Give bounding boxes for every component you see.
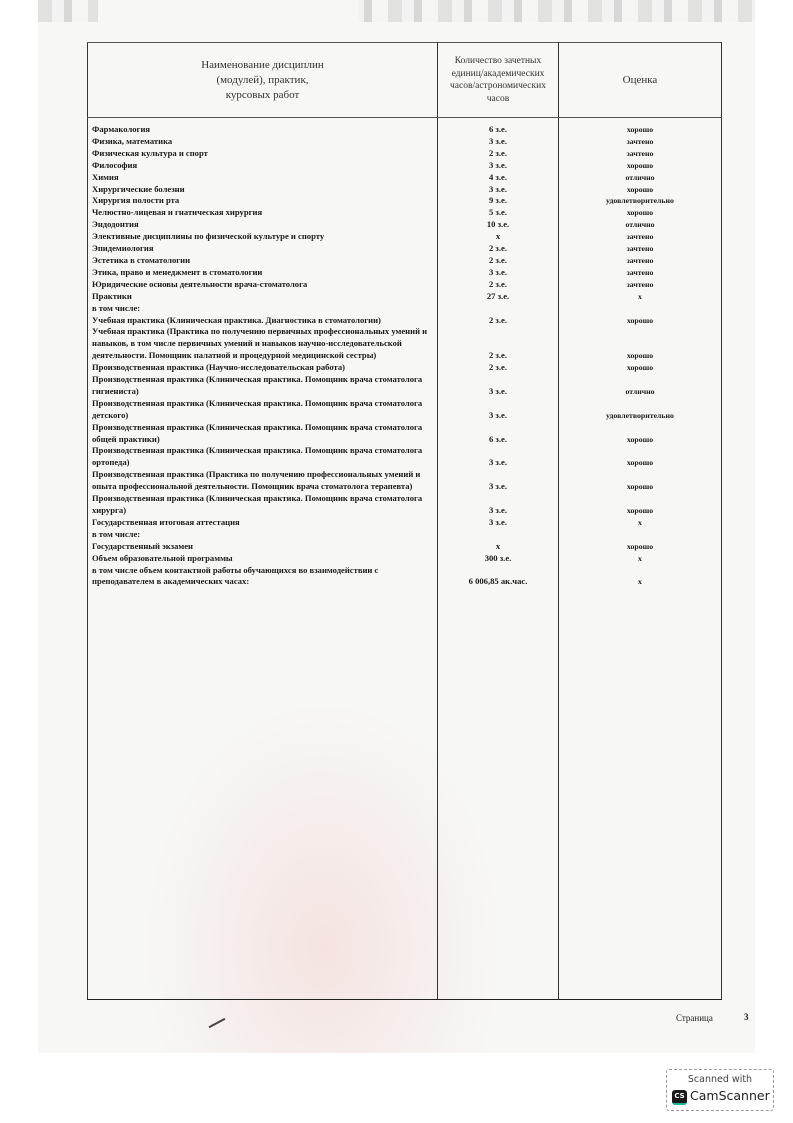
table-row: Производственная практика (Клиническая п… (88, 398, 722, 422)
discipline-name: Философия (88, 160, 438, 172)
credits-cell: 3 з.е. (438, 493, 559, 517)
table-row: Производственная практика (Клиническая п… (88, 374, 722, 398)
table-row: Хирургия полости рта9 з.е.удовлетворител… (88, 195, 722, 207)
table-row: Этика, право и менеджмент в стоматологии… (88, 267, 722, 279)
discipline-name: Практики (88, 291, 438, 303)
credits-cell: 6 з.е. (438, 124, 559, 136)
table-row: Практики27 з.е.x (88, 291, 722, 303)
grade-cell: отлично (559, 374, 722, 398)
discipline-name: Эндодонтия (88, 219, 438, 231)
credits-cell: 10 з.е. (438, 219, 559, 231)
grade-cell: x (559, 291, 722, 303)
discipline-name: Этика, право и менеджмент в стоматологии (88, 267, 438, 279)
credits-cell: 3 з.е. (438, 374, 559, 398)
header-discipline: Наименование дисциплин (модулей), практи… (88, 43, 438, 118)
discipline-name: Хирургия полости рта (88, 195, 438, 207)
credits-cell: 2 з.е. (438, 243, 559, 255)
credits-cell: 3 з.е. (438, 517, 559, 529)
discipline-name: Производственная практика (Практика по п… (88, 469, 438, 493)
camscanner-logo-icon: CS (672, 1090, 687, 1105)
table-row: Учебная практика (Клиническая практика. … (88, 315, 722, 327)
page-number: 3 (744, 1012, 749, 1022)
discipline-name: Производственная практика (Клиническая п… (88, 445, 438, 469)
table-row: Элективные дисциплины по физической куль… (88, 231, 722, 243)
grade-cell: зачтено (559, 148, 722, 160)
table-row: Государственный экзаменxхорошо (88, 541, 722, 553)
grade-cell: зачтено (559, 267, 722, 279)
credits-cell: 9 з.е. (438, 195, 559, 207)
discipline-name: Физика, математика (88, 136, 438, 148)
credits-cell: x (438, 541, 559, 553)
discipline-name: в том числе объем контактной работы обуч… (88, 565, 438, 589)
table-row: в том числе: (88, 529, 722, 541)
grade-cell: хорошо (559, 184, 722, 196)
table-row: Производственная практика (Клиническая п… (88, 493, 722, 517)
table-row: Объем образовательной программы300 з.е.x (88, 553, 722, 565)
credits-cell: 4 з.е. (438, 172, 559, 184)
grade-cell: зачтено (559, 255, 722, 267)
grade-cell: хорошо (559, 160, 722, 172)
credits-cell: 2 з.е. (438, 315, 559, 327)
grade-cell (559, 529, 722, 541)
table-row: Физика, математика3 з.е.зачтено (88, 136, 722, 148)
header-grade: Оценка (559, 43, 722, 118)
table-row: Производственная практика (Клиническая п… (88, 422, 722, 446)
watermark-brand: CamScanner (690, 1088, 770, 1103)
credits-cell: 27 з.е. (438, 291, 559, 303)
discipline-name: Элективные дисциплины по физической куль… (88, 231, 438, 243)
discipline-name: Производственная практика (Научно-исслед… (88, 362, 438, 374)
table-row: в том числе объем контактной работы обуч… (88, 565, 722, 589)
grade-cell: хорошо (559, 326, 722, 362)
watermark-caption: Scanned with (667, 1074, 773, 1085)
table-row: Производственная практика (Практика по п… (88, 469, 722, 493)
credits-cell: 3 з.е. (438, 398, 559, 422)
empty-cell (88, 588, 438, 1000)
grade-cell: хорошо (559, 469, 722, 493)
grades-table: Наименование дисциплин (модулей), практи… (87, 42, 722, 1000)
grade-cell: удовлетворительно (559, 398, 722, 422)
grade-cell: хорошо (559, 315, 722, 327)
grade-cell: отлично (559, 219, 722, 231)
discipline-name: Челюстно-лицевая и гнатическая хирургия (88, 207, 438, 219)
page-label: Страница (676, 1013, 713, 1023)
border-gap (98, 0, 358, 22)
table-header-row: Наименование дисциплин (модулей), практи… (88, 43, 722, 118)
grade-cell: хорошо (559, 445, 722, 469)
discipline-name: Хирургические болезни (88, 184, 438, 196)
table-row: Производственная практика (Научно-исслед… (88, 362, 722, 374)
discipline-name: Государственная итоговая аттестация (88, 517, 438, 529)
table-row: Физическая культура и спорт2 з.е.зачтено (88, 148, 722, 160)
grade-cell: x (559, 517, 722, 529)
credits-cell: 3 з.е. (438, 267, 559, 279)
grade-cell: удовлетворительно (559, 195, 722, 207)
table-row: Химия4 з.е.отлично (88, 172, 722, 184)
credits-cell: 2 з.е. (438, 255, 559, 267)
credits-cell: 6 006,85 ак.час. (438, 565, 559, 589)
grades-table-body: Фармакология6 з.е.хорошоФизика, математи… (88, 118, 722, 1000)
table-row: Производственная практика (Клиническая п… (88, 445, 722, 469)
table-row: Юридические основы деятельности врача-ст… (88, 279, 722, 291)
credits-cell: 3 з.е. (438, 469, 559, 493)
discipline-name: Производственная практика (Клиническая п… (88, 422, 438, 446)
grade-cell: хорошо (559, 362, 722, 374)
scanned-page: Наименование дисциплин (модулей), практи… (38, 0, 755, 1053)
table-row: Философия3 з.е.хорошо (88, 160, 722, 172)
table-row: Эндодонтия10 з.е.отлично (88, 219, 722, 231)
grade-cell: зачтено (559, 231, 722, 243)
empty-cell (438, 588, 559, 1000)
empty-cell (559, 588, 722, 1000)
credits-cell: 2 з.е. (438, 148, 559, 160)
discipline-name: Фармакология (88, 124, 438, 136)
credits-cell: 5 з.е. (438, 207, 559, 219)
credits-cell: 3 з.е. (438, 136, 559, 148)
table-row: Хирургические болезни3 з.е.хорошо (88, 184, 722, 196)
discipline-name: Производственная практика (Клиническая п… (88, 374, 438, 398)
discipline-name: Физическая культура и спорт (88, 148, 438, 160)
credits-cell: 2 з.е. (438, 362, 559, 374)
credits-cell: 3 з.е. (438, 445, 559, 469)
grade-cell: зачтено (559, 136, 722, 148)
grade-cell: хорошо (559, 422, 722, 446)
table-row: Челюстно-лицевая и гнатическая хирургия5… (88, 207, 722, 219)
table-row: Государственная итоговая аттестация3 з.е… (88, 517, 722, 529)
credits-cell: 300 з.е. (438, 553, 559, 565)
discipline-name: Объем образовательной программы (88, 553, 438, 565)
grade-cell: зачтено (559, 279, 722, 291)
credits-cell: 2 з.е. (438, 326, 559, 362)
credits-cell (438, 303, 559, 315)
grade-cell: зачтено (559, 243, 722, 255)
credits-cell: 3 з.е. (438, 184, 559, 196)
grade-cell: x (559, 553, 722, 565)
discipline-name: Эпидемиология (88, 243, 438, 255)
discipline-name: Производственная практика (Клиническая п… (88, 398, 438, 422)
table-row: Эстетика в стоматологии2 з.е.зачтено (88, 255, 722, 267)
discipline-name: Учебная практика (Клиническая практика. … (88, 315, 438, 327)
grade-cell (559, 303, 722, 315)
credits-cell: x (438, 231, 559, 243)
discipline-name: Производственная практика (Клиническая п… (88, 493, 438, 517)
table-row: Учебная практика (Практика по получению … (88, 326, 722, 362)
credits-cell: 2 з.е. (438, 279, 559, 291)
grade-cell: хорошо (559, 124, 722, 136)
grade-cell: хорошо (559, 207, 722, 219)
discipline-name: Химия (88, 172, 438, 184)
table-row: в том числе: (88, 303, 722, 315)
discipline-name: Юридические основы деятельности врача-ст… (88, 279, 438, 291)
grade-cell: хорошо (559, 493, 722, 517)
discipline-name: в том числе: (88, 303, 438, 315)
credits-cell (438, 529, 559, 541)
camscanner-watermark: Scanned with CS CamScanner (666, 1069, 774, 1111)
grade-cell: хорошо (559, 541, 722, 553)
empty-filler-row (88, 588, 722, 1000)
credits-cell: 3 з.е. (438, 160, 559, 172)
credits-cell: 6 з.е. (438, 422, 559, 446)
discipline-name: Государственный экзамен (88, 541, 438, 553)
header-credits: Количество зачетных единиц/академических… (438, 43, 559, 118)
table-row: Эпидемиология2 з.е.зачтено (88, 243, 722, 255)
grade-cell: отлично (559, 172, 722, 184)
discipline-name: Учебная практика (Практика по получению … (88, 326, 438, 362)
discipline-name: Эстетика в стоматологии (88, 255, 438, 267)
discipline-name: в том числе: (88, 529, 438, 541)
table-row: Фармакология6 з.е.хорошо (88, 124, 722, 136)
grade-cell: x (559, 565, 722, 589)
